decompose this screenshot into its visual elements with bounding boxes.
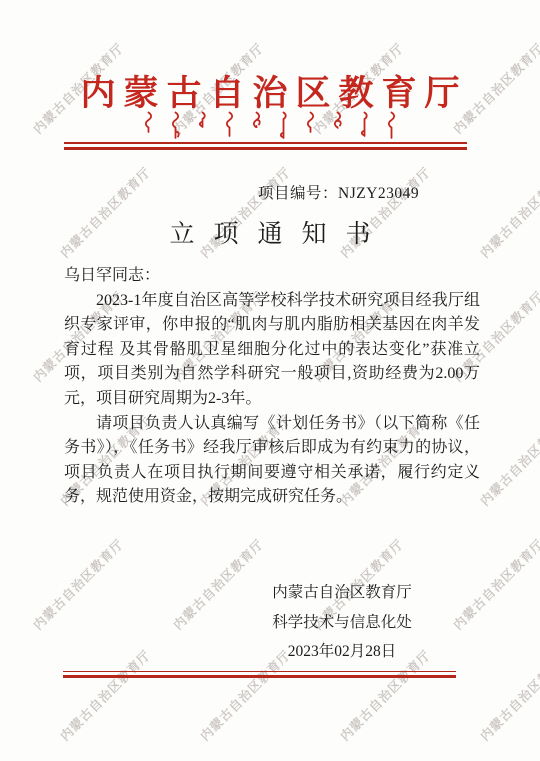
header-org-name: 内蒙古自治区教育厅 (0, 66, 540, 116)
salutation: 乌日罕同志： (64, 264, 480, 289)
header-rule (64, 142, 467, 150)
document-body: 乌日罕同志： 2023-1年度自治区高等学校科学技术研究项目经我厅组织专家评审，… (64, 264, 480, 510)
signature-org: 内蒙古自治区教育厅 (242, 578, 442, 608)
body-paragraph-1: 2023-1年度自治区高等学校科学技术研究项目经我厅组织专家评审，你申报的“肌肉… (64, 289, 480, 412)
signature-date: 2023年02月28日 (242, 637, 442, 667)
letterhead-document: 内蒙古自治区教育厅 项目编号：NJZY23049 立项通知书 乌日罕同志： 20… (0, 0, 540, 761)
mongolian-script-glyph (278, 111, 289, 140)
signature-dept: 科学技术与信息化处 (242, 608, 442, 638)
mongolian-script-glyph (170, 111, 181, 140)
mongolian-script-glyph (305, 111, 316, 134)
mongolian-script-glyph (386, 111, 397, 140)
mongolian-script-glyph (224, 111, 235, 138)
project-number: 项目编号：NJZY23049 (258, 181, 419, 203)
signature-block: 内蒙古自治区教育厅 科学技术与信息化处 2023年02月28日 (242, 578, 442, 667)
document-title: 立项通知书 (0, 214, 540, 250)
footer-rule (63, 671, 456, 678)
body-paragraph-2: 请项目负责人认真编写《计划任务书》（以下简称《任务书》），《任务书》经我厅审核后… (64, 412, 480, 510)
mongolian-script-glyph (359, 111, 370, 138)
mongolian-script-glyph (197, 111, 208, 129)
document-page: 内蒙古自治区教育厅内蒙古自治区教育厅内蒙古自治区教育厅内蒙古自治区教育厅内蒙古自… (0, 0, 540, 761)
mongolian-script-glyph (143, 111, 154, 134)
mongolian-script-glyph (251, 111, 262, 128)
mongolian-script-glyph (332, 111, 343, 129)
mongolian-script-row (0, 111, 540, 141)
